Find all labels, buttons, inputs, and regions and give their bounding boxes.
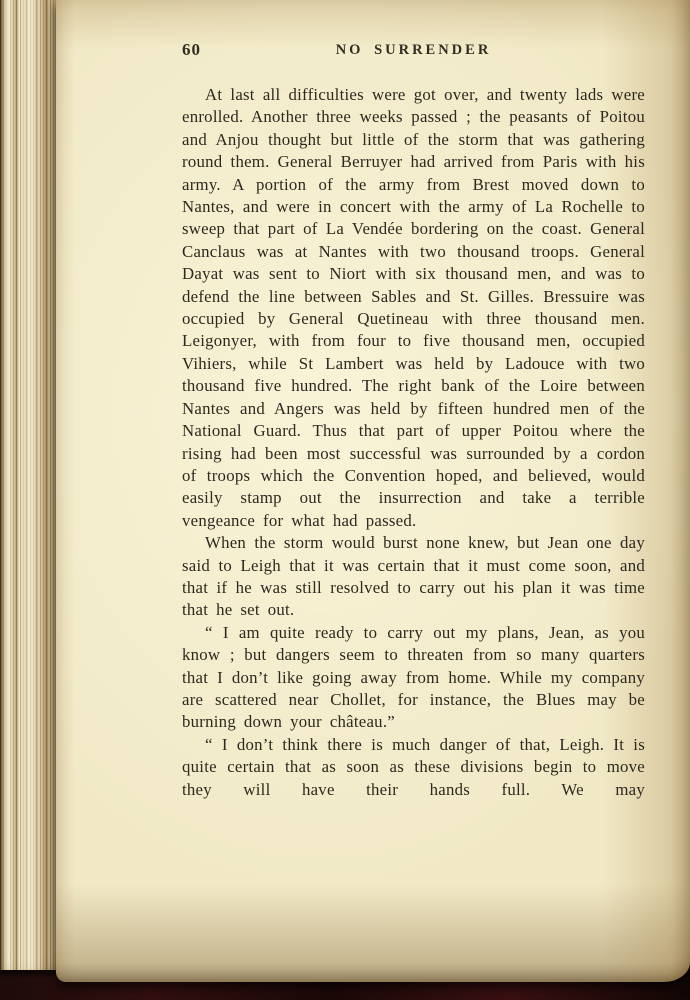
book-photo: 60 NO SURRENDER At last all difficulties… bbox=[0, 0, 690, 1000]
paragraph: “ I don’t think there is much danger of … bbox=[182, 734, 645, 801]
paragraph: At last all difficulties were got over, … bbox=[182, 84, 645, 532]
running-title: NO SURRENDER bbox=[182, 42, 645, 59]
paragraph: “ I am quite ready to carry out my plans… bbox=[182, 622, 645, 734]
page-content: 60 NO SURRENDER At last all difficulties… bbox=[182, 40, 645, 801]
book-page: 60 NO SURRENDER At last all difficulties… bbox=[56, 0, 690, 982]
page-header: 60 NO SURRENDER bbox=[182, 40, 645, 62]
page-text: At last all difficulties were got over, … bbox=[182, 84, 645, 801]
paragraph: When the storm would burst none knew, bu… bbox=[182, 532, 645, 622]
